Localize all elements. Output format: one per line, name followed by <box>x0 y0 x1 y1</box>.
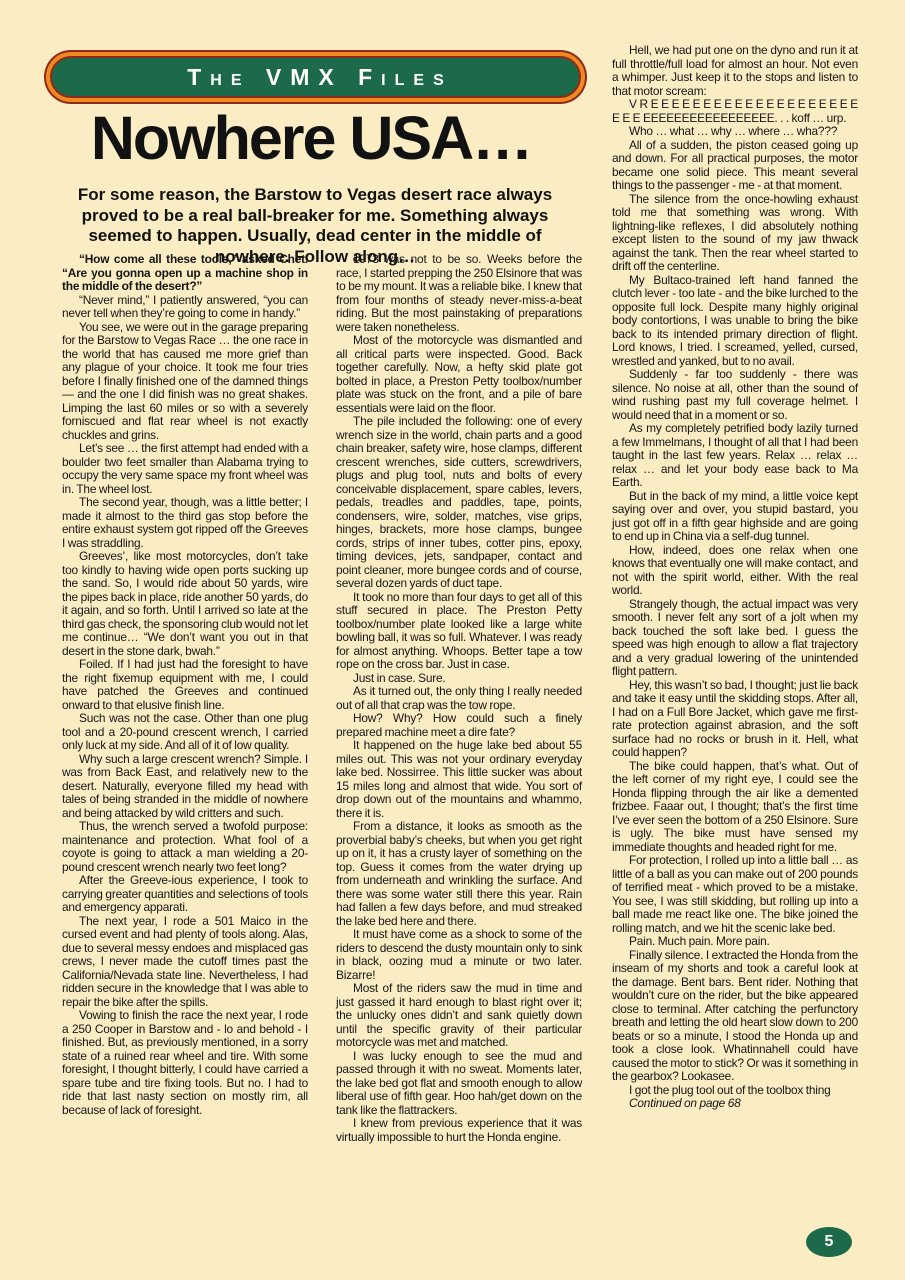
paragraph: Hell, we had put one on the dyno and run… <box>612 44 858 98</box>
paragraph: It happened on the huge lake bed about 5… <box>336 739 582 820</box>
text-column-3: Hell, we had put one on the dyno and run… <box>612 44 858 1111</box>
paragraph: All of a sudden, the piston ceased going… <box>612 139 858 193</box>
paragraph: How, indeed, does one relax when one kno… <box>612 544 858 598</box>
page-number-badge: 5 <box>806 1227 852 1257</box>
section-banner: The VMX Files <box>50 56 581 98</box>
paragraph: Pain. Much pain. More pain. <box>612 935 858 949</box>
paragraph: But in the back of my mind, a little voi… <box>612 490 858 544</box>
paragraph: You see, we were out in the garage prepa… <box>62 321 308 443</box>
paragraph: As my completely petrified body lazily t… <box>612 422 858 490</box>
paragraph: After the Greeve-ious experience, I took… <box>62 874 308 915</box>
paragraph: Vowing to finish the race the next year,… <box>62 1009 308 1117</box>
paragraph: Who … what … why … where … wha??? <box>612 125 858 139</box>
text-column-2: 1973 was not to be so. Weeks before the … <box>336 253 582 1144</box>
paragraph: Suddenly - far too suddenly - there was … <box>612 368 858 422</box>
paragraph: As it turned out, the only thing I reall… <box>336 685 582 712</box>
page-number: 5 <box>825 1233 834 1251</box>
paragraph: My Bultaco-trained left hand fanned the … <box>612 274 858 369</box>
paragraph: Such was not the case. Other than one pl… <box>62 712 308 753</box>
paragraph: For protection, I rolled up into a littl… <box>612 854 858 935</box>
section-banner-label: The VMX Files <box>178 64 453 91</box>
paragraph: Foiled. If I had just had the foresight … <box>62 658 308 712</box>
paragraph: “Never mind,” I patiently answered, “you… <box>62 294 308 321</box>
paragraph: V R E E E E E E E E E E E E E E E E E E … <box>612 98 858 125</box>
paragraph: Continued on page 68 <box>612 1097 858 1111</box>
paragraph: I was lucky enough to see the mud and pa… <box>336 1050 582 1118</box>
article-title: Nowhere USA… <box>36 102 586 174</box>
paragraph: The second year, though, was a little be… <box>62 496 308 550</box>
paragraph: The next year, I rode a 501 Maico in the… <box>62 915 308 1010</box>
paragraph: The pile included the following: one of … <box>336 415 582 591</box>
paragraph: I knew from previous experience that it … <box>336 1117 582 1144</box>
paragraph: Thus, the wrench served a twofold purpos… <box>62 820 308 874</box>
paragraph: The bike could happen, that’s what. Out … <box>612 760 858 855</box>
paragraph: Most of the riders saw the mud in time a… <box>336 982 582 1050</box>
paragraph: 1973 was not to be so. Weeks before the … <box>336 253 582 334</box>
paragraph: “How come all these tools,” asked Chet. … <box>62 253 308 294</box>
paragraph: The silence from the once-howling exhaus… <box>612 193 858 274</box>
paragraph: Most of the motorcycle was dismantled an… <box>336 334 582 415</box>
text-column-1: “How come all these tools,” asked Chet. … <box>62 253 308 1117</box>
paragraph: Just in case. Sure. <box>336 672 582 686</box>
paragraph: From a distance, it looks as smooth as t… <box>336 820 582 928</box>
paragraph: Hey, this wasn’t so bad, I thought; just… <box>612 679 858 760</box>
paragraph: Strangely though, the actual impact was … <box>612 598 858 679</box>
paragraph: It took no more than four days to get al… <box>336 591 582 672</box>
paragraph: I got the plug tool out of the toolbox t… <box>612 1084 858 1098</box>
paragraph: How? Why? How could such a finely prepar… <box>336 712 582 739</box>
paragraph: Let’s see … the first attempt had ended … <box>62 442 308 496</box>
paragraph: Finally silence. I extracted the Honda f… <box>612 949 858 1084</box>
paragraph: It must have come as a shock to some of … <box>336 928 582 982</box>
paragraph: Greeves’, like most motorcycles, don’t t… <box>62 550 308 658</box>
paragraph: Why such a large crescent wrench? Simple… <box>62 753 308 821</box>
